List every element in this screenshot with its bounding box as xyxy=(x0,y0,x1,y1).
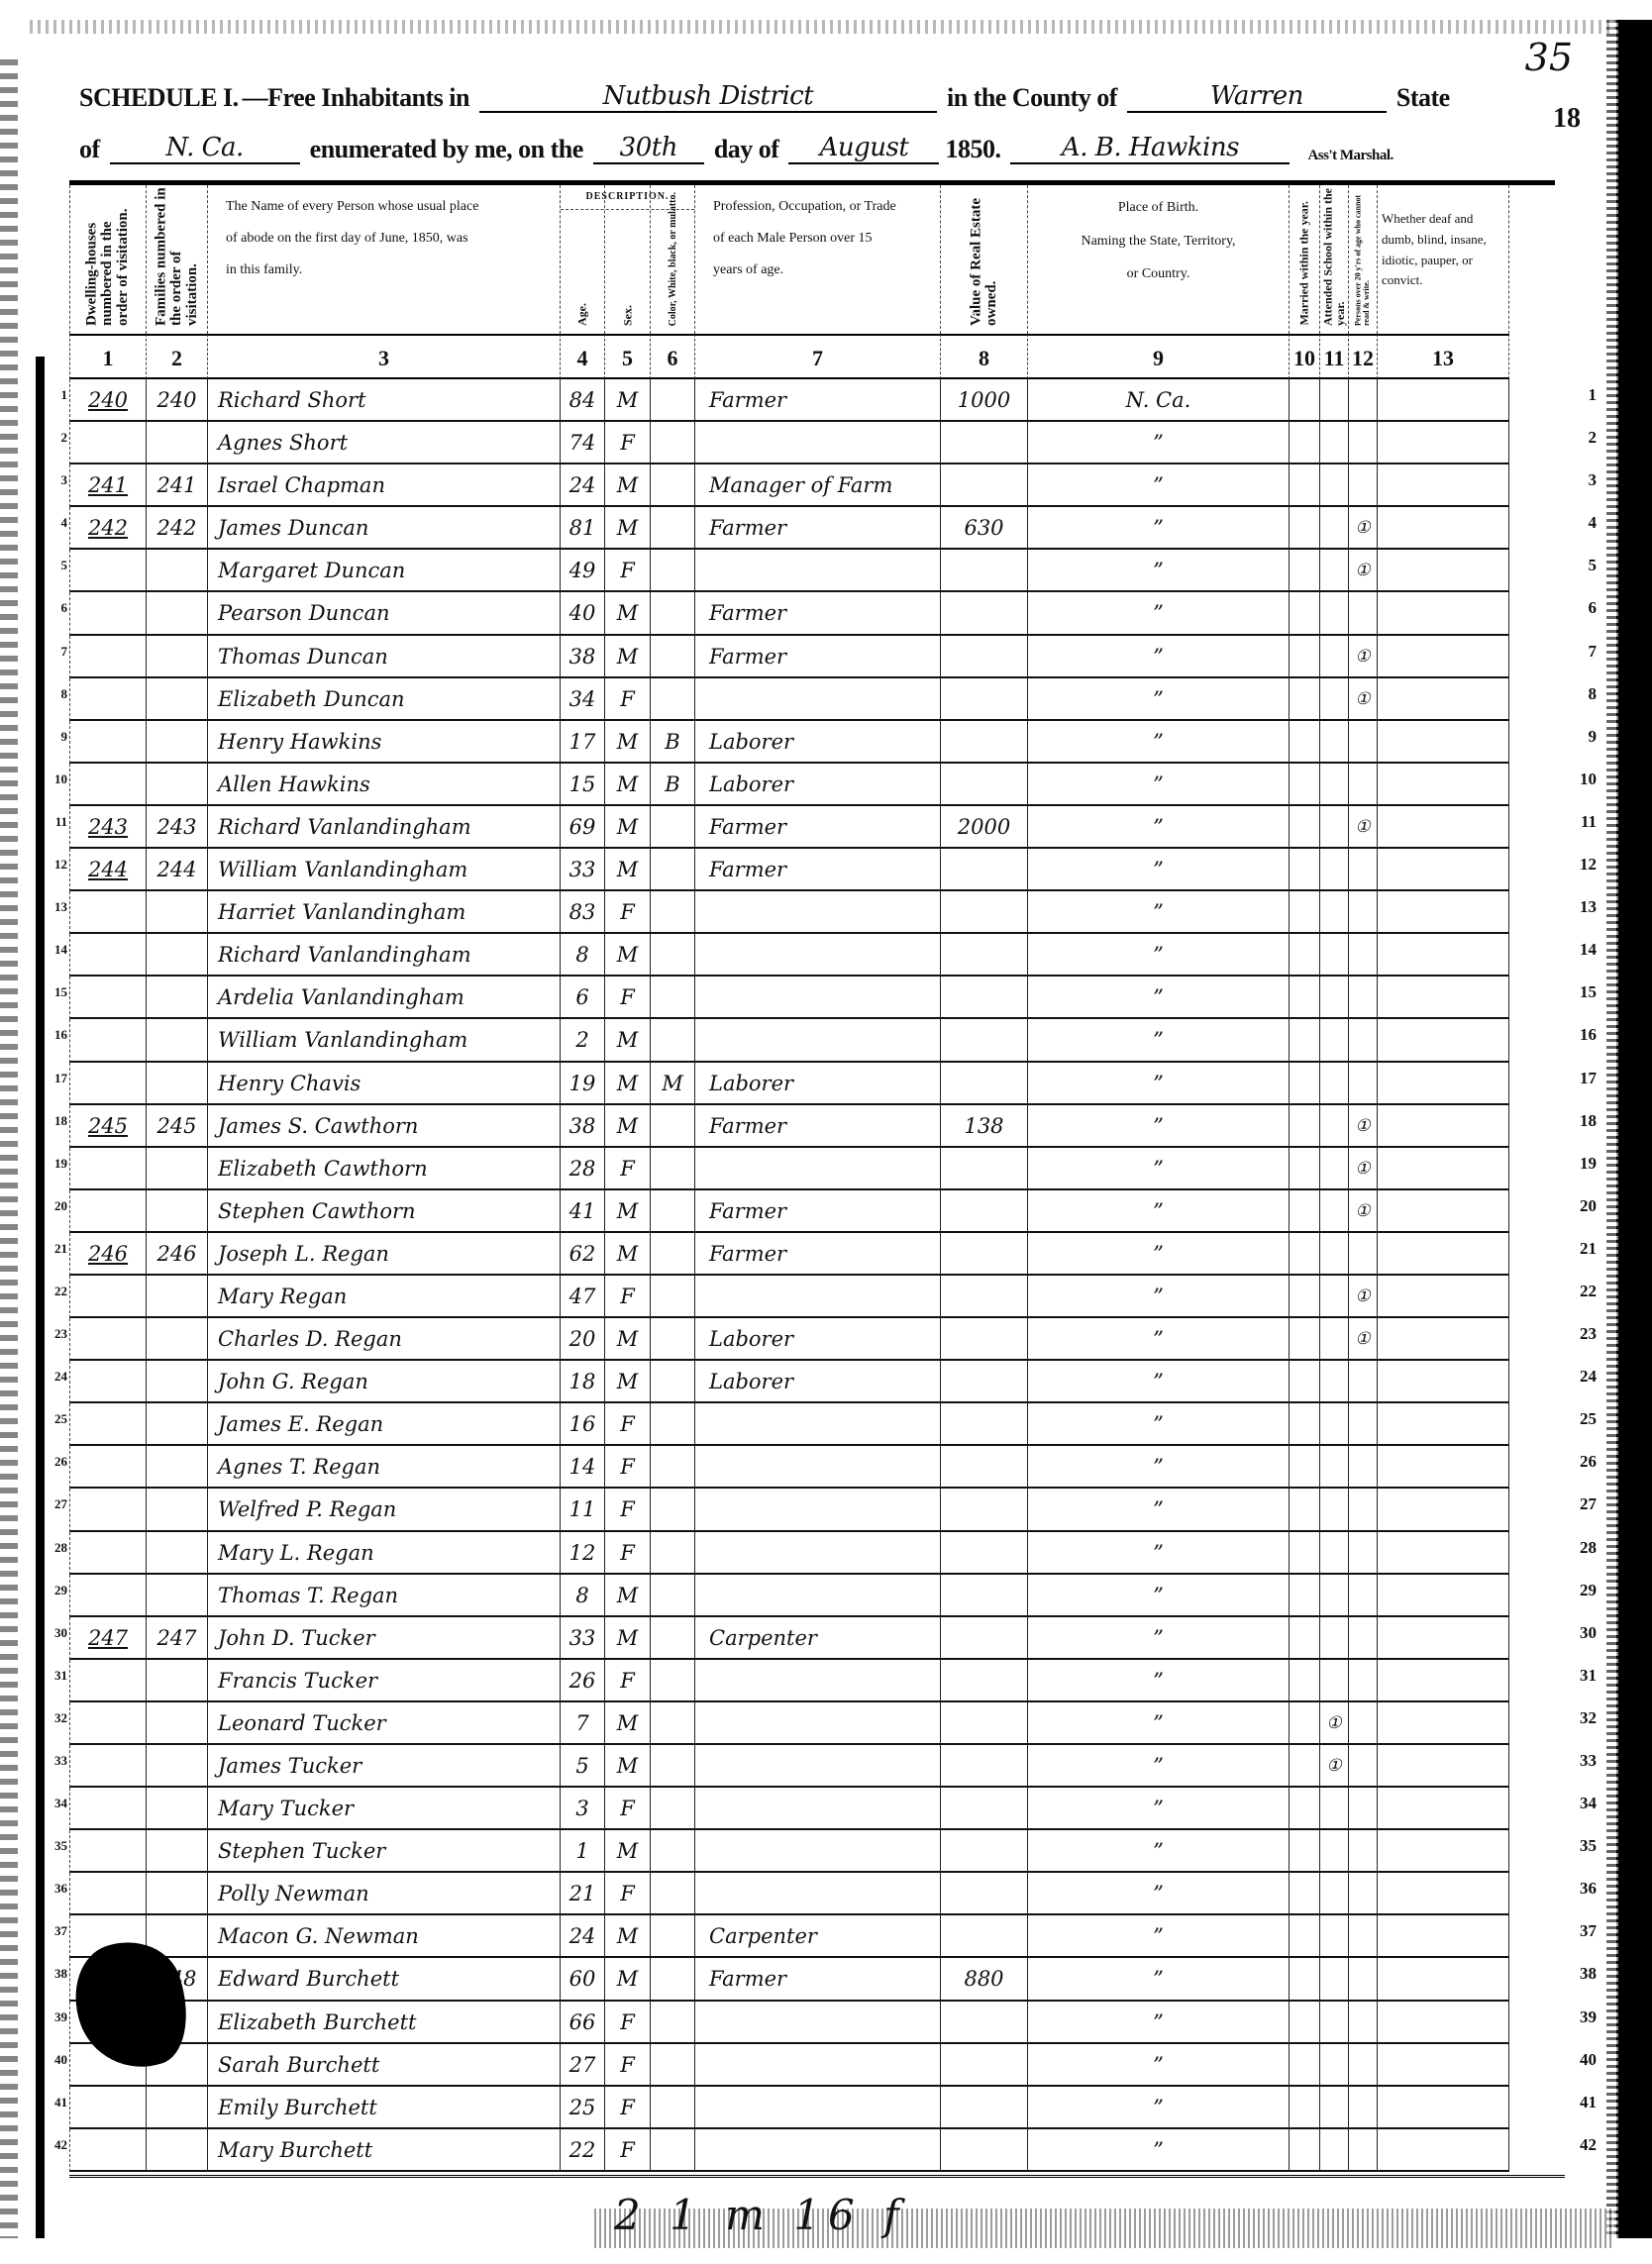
sex-cell: F xyxy=(605,1660,651,1702)
family-cell xyxy=(147,1190,208,1233)
table-row: 246246Joseph L. Regan62MFarmer” xyxy=(69,1233,1555,1276)
birthplace-cell: ” xyxy=(1028,422,1290,464)
illiterate-cell xyxy=(1349,422,1378,464)
sex-cell: F xyxy=(605,2129,651,2172)
line-number: 15 xyxy=(1563,971,1597,1013)
married-cell xyxy=(1290,1489,1320,1531)
real-estate-cell xyxy=(941,2129,1028,2172)
sex-cell: F xyxy=(605,1873,651,1915)
dwelling-cell xyxy=(69,1575,147,1617)
birthplace-cell: ” xyxy=(1028,1575,1290,1617)
family-cell xyxy=(147,1361,208,1403)
line-number: 11 xyxy=(48,800,67,843)
occupation-cell xyxy=(695,1148,941,1190)
birthplace-cell: ” xyxy=(1028,806,1290,849)
dwelling-cell xyxy=(69,891,147,934)
table-row: Emily Burchett25F” xyxy=(69,2087,1555,2129)
age-cell: 24 xyxy=(561,464,605,507)
illiterate-cell xyxy=(1349,1915,1378,1958)
family-cell xyxy=(147,636,208,678)
col-header-school-text: Attended School within the year. xyxy=(1321,187,1346,326)
real-estate-cell xyxy=(941,1276,1028,1318)
family-cell: 242 xyxy=(147,507,208,550)
family-cell: 247 xyxy=(147,1617,208,1660)
table-row: 243243Richard Vanlandingham69MFarmer2000… xyxy=(69,806,1555,849)
school-cell xyxy=(1320,1233,1349,1276)
family-cell xyxy=(147,1873,208,1915)
birthplace-cell: ” xyxy=(1028,721,1290,764)
state-field: N. Ca. xyxy=(110,133,300,164)
age-cell: 21 xyxy=(561,1873,605,1915)
color-cell xyxy=(651,806,695,849)
color-cell xyxy=(651,1702,695,1745)
line-number: 36 xyxy=(48,1867,67,1909)
occupation-cell xyxy=(695,1489,941,1531)
birthplace-cell: ” xyxy=(1028,1105,1290,1148)
real-estate-cell: 630 xyxy=(941,507,1028,550)
married-cell xyxy=(1290,806,1320,849)
real-estate-cell xyxy=(941,1575,1028,1617)
age-cell: 47 xyxy=(561,1276,605,1318)
condition-cell xyxy=(1378,1361,1509,1403)
binding-stripe xyxy=(36,357,45,2238)
name-cell: Emily Burchett xyxy=(208,2087,561,2129)
occupation-cell: Farmer xyxy=(695,1190,941,1233)
sex-cell: F xyxy=(605,678,651,721)
line-number: 24 xyxy=(48,1355,67,1397)
sex-cell: M xyxy=(605,764,651,806)
column-number: 11 xyxy=(1320,334,1349,379)
school-cell: ① xyxy=(1320,1745,1349,1788)
line-number: 42 xyxy=(1563,2123,1597,2166)
sex-cell: M xyxy=(605,849,651,891)
dwelling-cell xyxy=(69,2129,147,2172)
dwelling-cell xyxy=(69,1532,147,1575)
dwelling-cell xyxy=(69,1446,147,1489)
name-cell: Thomas T. Regan xyxy=(208,1575,561,1617)
real-estate-cell xyxy=(941,1788,1028,1830)
column-number: 4 xyxy=(561,334,605,379)
schedule-header: SCHEDULE I. —Free Inhabitants in Nutbush… xyxy=(79,61,1565,164)
line-number: 31 xyxy=(48,1654,67,1697)
married-cell xyxy=(1290,1063,1320,1105)
married-cell xyxy=(1290,1105,1320,1148)
birthplace-cell: ” xyxy=(1028,1958,1290,2001)
dwelling-cell: 241 xyxy=(69,464,147,507)
name-cell: Charles D. Regan xyxy=(208,1318,561,1361)
birthplace-cell: ” xyxy=(1028,1830,1290,1873)
illiterate-cell xyxy=(1349,2129,1378,2172)
birthplace-cell: ” xyxy=(1028,1617,1290,1660)
table-row: Sarah Burchett27F” xyxy=(69,2044,1555,2087)
sex-cell: F xyxy=(605,891,651,934)
table-row: Macon G. Newman24MCarpenter” xyxy=(69,1915,1555,1958)
schedule-label: SCHEDULE I. xyxy=(79,83,239,113)
name-cell: Leonard Tucker xyxy=(208,1702,561,1745)
column-number: 6 xyxy=(651,334,695,379)
age-cell: 12 xyxy=(561,1532,605,1575)
column-header-row: Dwelling-houses numbered in the order of… xyxy=(69,185,1555,334)
condition-cell xyxy=(1378,422,1509,464)
name-cell: Stephen Cawthorn xyxy=(208,1190,561,1233)
birthplace-cell: ” xyxy=(1028,1233,1290,1276)
condition-cell xyxy=(1378,1788,1509,1830)
sex-cell: M xyxy=(605,1105,651,1148)
sex-cell: M xyxy=(605,464,651,507)
line-number: 10 xyxy=(1563,758,1597,800)
age-cell: 3 xyxy=(561,1788,605,1830)
line-number: 40 xyxy=(1563,2038,1597,2081)
line-number: 38 xyxy=(48,1952,67,1995)
name-cell: Richard Vanlandingham xyxy=(208,806,561,849)
occupation-cell: Farmer xyxy=(695,379,941,422)
married-cell xyxy=(1290,1958,1320,2001)
school-cell xyxy=(1320,1276,1349,1318)
color-cell xyxy=(651,1617,695,1660)
table-row: Mary Tucker3F” xyxy=(69,1788,1555,1830)
occupation-cell: Farmer xyxy=(695,806,941,849)
sex-cell: F xyxy=(605,1532,651,1575)
line-number: 1 xyxy=(48,373,67,416)
line-number: 15 xyxy=(48,971,67,1013)
name-cell: Joseph L. Regan xyxy=(208,1233,561,1276)
line-number: 34 xyxy=(48,1782,67,1824)
dwelling-cell: 243 xyxy=(69,806,147,849)
married-cell xyxy=(1290,1915,1320,1958)
table-row: Welfred P. Regan11F” xyxy=(69,1489,1555,1531)
name-cell: Elizabeth Cawthorn xyxy=(208,1148,561,1190)
col-header-age: Age. xyxy=(561,185,605,334)
birthplace-cell: ” xyxy=(1028,507,1290,550)
line-number: 33 xyxy=(1563,1739,1597,1782)
dwelling-cell: 247 xyxy=(69,1617,147,1660)
age-cell: 28 xyxy=(561,1148,605,1190)
occupation-cell: Laborer xyxy=(695,1063,941,1105)
line-number: 3 xyxy=(48,459,67,501)
name-cell: James Tucker xyxy=(208,1745,561,1788)
county-field: Warren xyxy=(1127,81,1387,113)
line-number: 16 xyxy=(48,1013,67,1056)
family-cell xyxy=(147,1489,208,1531)
line-number: 7 xyxy=(1563,630,1597,672)
birthplace-cell: ” xyxy=(1028,2002,1290,2044)
real-estate-cell xyxy=(941,934,1028,977)
color-cell xyxy=(651,550,695,592)
color-cell xyxy=(651,1873,695,1915)
col3-line: of abode on the first day of June, 1850,… xyxy=(226,223,556,255)
real-estate-cell: 2000 xyxy=(941,806,1028,849)
real-estate-cell xyxy=(941,849,1028,891)
col-header-occupation: Profession, Occupation, or Trade of each… xyxy=(695,185,941,334)
day-of-label: day of xyxy=(714,135,779,164)
illiterate-cell xyxy=(1349,1617,1378,1660)
birthplace-cell: ” xyxy=(1028,1915,1290,1958)
condition-cell xyxy=(1378,592,1509,635)
line-number: 22 xyxy=(48,1270,67,1312)
illiterate-cell xyxy=(1349,379,1378,422)
illiterate-cell xyxy=(1349,849,1378,891)
real-estate-cell xyxy=(941,1446,1028,1489)
census-rows: 240240Richard Short84MFarmer1000N. Ca.Ag… xyxy=(69,379,1555,2172)
family-cell xyxy=(147,721,208,764)
name-cell: Edward Burchett xyxy=(208,1958,561,2001)
school-cell xyxy=(1320,1190,1349,1233)
line-number: 22 xyxy=(1563,1270,1597,1312)
sex-cell: M xyxy=(605,1019,651,1062)
color-cell xyxy=(651,2002,695,2044)
table-row: 248Edward Burchett60MFarmer880” xyxy=(69,1958,1555,2001)
real-estate-cell xyxy=(941,2002,1028,2044)
line-number: 12 xyxy=(1563,843,1597,885)
illiterate-cell: ① xyxy=(1349,1276,1378,1318)
age-cell: 7 xyxy=(561,1702,605,1745)
name-cell: James E. Regan xyxy=(208,1403,561,1446)
line-number: 13 xyxy=(48,885,67,928)
married-cell xyxy=(1290,1446,1320,1489)
condition-cell xyxy=(1378,1318,1509,1361)
dwelling-cell xyxy=(69,1788,147,1830)
married-cell xyxy=(1290,1276,1320,1318)
illiterate-cell xyxy=(1349,1830,1378,1873)
illiterate-cell xyxy=(1349,1489,1378,1531)
of-label: of xyxy=(79,135,100,164)
table-row: Thomas T. Regan8M” xyxy=(69,1575,1555,1617)
color-cell xyxy=(651,1019,695,1062)
dwelling-cell xyxy=(69,1830,147,1873)
school-cell xyxy=(1320,1958,1349,2001)
dwelling-cell: 242 xyxy=(69,507,147,550)
table-row: Pearson Duncan40MFarmer” xyxy=(69,592,1555,635)
name-cell: Agnes T. Regan xyxy=(208,1446,561,1489)
sex-cell: M xyxy=(605,1063,651,1105)
condition-cell xyxy=(1378,764,1509,806)
col13-line: convict. xyxy=(1382,270,1504,291)
column-number-row: 12345678910111213 xyxy=(69,334,1555,379)
school-cell xyxy=(1320,1446,1349,1489)
school-cell xyxy=(1320,764,1349,806)
table-row: Stephen Cawthorn41MFarmer”① xyxy=(69,1190,1555,1233)
line-number: 14 xyxy=(48,928,67,971)
dwelling-cell xyxy=(69,977,147,1019)
line-number: 35 xyxy=(1563,1824,1597,1867)
color-cell: B xyxy=(651,721,695,764)
color-cell xyxy=(651,891,695,934)
age-cell: 8 xyxy=(561,934,605,977)
line-number: 5 xyxy=(1563,544,1597,586)
real-estate-cell xyxy=(941,678,1028,721)
color-cell xyxy=(651,1830,695,1873)
illiterate-cell xyxy=(1349,1745,1378,1788)
condition-cell xyxy=(1378,550,1509,592)
married-cell xyxy=(1290,1019,1320,1062)
col-header-condition-text: Whether deaf and dumb, blind, insane, id… xyxy=(1382,191,1504,291)
school-cell xyxy=(1320,721,1349,764)
line-number: 4 xyxy=(48,501,67,544)
col-header-sex: Sex. xyxy=(605,185,651,334)
sex-cell: F xyxy=(605,2044,651,2087)
school-cell xyxy=(1320,1617,1349,1660)
line-number: 8 xyxy=(1563,672,1597,715)
school-cell xyxy=(1320,2087,1349,2129)
school-cell xyxy=(1320,1830,1349,1873)
color-cell xyxy=(651,1958,695,2001)
condition-cell xyxy=(1378,1148,1509,1190)
column-number: 9 xyxy=(1028,334,1290,379)
illiterate-cell xyxy=(1349,1233,1378,1276)
age-cell: 41 xyxy=(561,1190,605,1233)
dwelling-cell xyxy=(69,1489,147,1531)
married-cell xyxy=(1290,1873,1320,1915)
color-cell xyxy=(651,1361,695,1403)
line-number: 30 xyxy=(48,1611,67,1654)
color-cell xyxy=(651,1660,695,1702)
birthplace-cell: ” xyxy=(1028,1276,1290,1318)
col-header-occupation-text: Profession, Occupation, or Trade of each… xyxy=(699,191,936,287)
birthplace-cell: ” xyxy=(1028,1873,1290,1915)
age-cell: 6 xyxy=(561,977,605,1019)
family-cell xyxy=(147,1148,208,1190)
illiterate-cell: ① xyxy=(1349,507,1378,550)
condition-cell xyxy=(1378,1446,1509,1489)
school-cell xyxy=(1320,636,1349,678)
condition-cell xyxy=(1378,806,1509,849)
column-number: 3 xyxy=(208,334,561,379)
married-cell xyxy=(1290,2044,1320,2087)
school-cell xyxy=(1320,592,1349,635)
table-row: Richard Vanlandingham8M” xyxy=(69,934,1555,977)
line-number: 4 xyxy=(1563,501,1597,544)
birthplace-cell: ” xyxy=(1028,1190,1290,1233)
color-cell xyxy=(651,379,695,422)
occupation-cell: Farmer xyxy=(695,1105,941,1148)
table-row: Charles D. Regan20MLaborer”① xyxy=(69,1318,1555,1361)
illiterate-cell xyxy=(1349,891,1378,934)
name-cell: Israel Chapman xyxy=(208,464,561,507)
age-cell: 66 xyxy=(561,2002,605,2044)
line-number: 28 xyxy=(1563,1526,1597,1569)
occupation-cell: Manager of Farm xyxy=(695,464,941,507)
married-cell xyxy=(1290,550,1320,592)
table-row: Margaret Duncan49F”① xyxy=(69,550,1555,592)
table-row: Agnes T. Regan14F” xyxy=(69,1446,1555,1489)
age-cell: 25 xyxy=(561,2087,605,2129)
sex-cell: F xyxy=(605,2087,651,2129)
condition-cell xyxy=(1378,1489,1509,1531)
birthplace-cell: ” xyxy=(1028,1063,1290,1105)
illiterate-cell xyxy=(1349,1873,1378,1915)
occupation-cell xyxy=(695,934,941,977)
real-estate-cell xyxy=(941,1063,1028,1105)
birthplace-cell: N. Ca. xyxy=(1028,379,1290,422)
illiterate-cell xyxy=(1349,1958,1378,2001)
age-cell: 34 xyxy=(561,678,605,721)
school-cell xyxy=(1320,849,1349,891)
line-number: 19 xyxy=(48,1142,67,1184)
illiterate-cell xyxy=(1349,464,1378,507)
color-cell xyxy=(651,1105,695,1148)
family-cell xyxy=(147,2087,208,2129)
married-cell xyxy=(1290,1403,1320,1446)
family-cell xyxy=(147,1446,208,1489)
real-estate-cell xyxy=(941,1532,1028,1575)
occupation-cell: Farmer xyxy=(695,507,941,550)
age-cell: 33 xyxy=(561,849,605,891)
col-header-married-text: Married within the year. xyxy=(1298,201,1311,326)
condition-cell xyxy=(1378,507,1509,550)
family-cell xyxy=(147,977,208,1019)
name-cell: Thomas Duncan xyxy=(208,636,561,678)
col9-line: Naming the State, Territory, xyxy=(1032,225,1285,258)
line-number: 21 xyxy=(48,1227,67,1270)
family-cell xyxy=(147,592,208,635)
name-cell: Polly Newman xyxy=(208,1873,561,1915)
dwelling-cell xyxy=(69,764,147,806)
married-cell xyxy=(1290,678,1320,721)
color-cell xyxy=(651,1489,695,1531)
line-numbers-right: 1234567891011121314151617181920212223242… xyxy=(1563,373,1597,2166)
line-number: 35 xyxy=(48,1824,67,1867)
sex-cell: F xyxy=(605,1446,651,1489)
name-cell: Elizabeth Duncan xyxy=(208,678,561,721)
condition-cell xyxy=(1378,1063,1509,1105)
occupation-cell xyxy=(695,1019,941,1062)
table-row: Elizabeth Duncan34F”① xyxy=(69,678,1555,721)
line-number: 10 xyxy=(48,758,67,800)
col-header-name: The Name of every Person whose usual pla… xyxy=(208,185,561,334)
table-row: Agnes Short74F” xyxy=(69,422,1555,464)
line-number: 20 xyxy=(48,1184,67,1227)
line-number: 40 xyxy=(48,2038,67,2081)
married-cell xyxy=(1290,1148,1320,1190)
name-cell: Ardelia Vanlandingham xyxy=(208,977,561,1019)
condition-cell xyxy=(1378,1019,1509,1062)
line-number: 24 xyxy=(1563,1355,1597,1397)
condition-cell xyxy=(1378,1190,1509,1233)
line-number: 6 xyxy=(1563,586,1597,629)
name-cell: Harriet Vanlandingham xyxy=(208,891,561,934)
line-number: 39 xyxy=(48,1996,67,2038)
real-estate-cell xyxy=(941,1702,1028,1745)
real-estate-cell xyxy=(941,1489,1028,1531)
dwelling-cell xyxy=(69,422,147,464)
color-cell xyxy=(651,1318,695,1361)
footer-tally: 2 1 m 16 f xyxy=(614,2191,907,2239)
condition-cell xyxy=(1378,1233,1509,1276)
real-estate-cell xyxy=(941,422,1028,464)
married-cell xyxy=(1290,721,1320,764)
line-number: 33 xyxy=(48,1739,67,1782)
married-cell xyxy=(1290,977,1320,1019)
condition-cell xyxy=(1378,721,1509,764)
col7-line: years of age. xyxy=(713,255,936,286)
real-estate-cell xyxy=(941,1873,1028,1915)
school-cell xyxy=(1320,507,1349,550)
dwelling-cell xyxy=(69,934,147,977)
family-cell: 244 xyxy=(147,849,208,891)
illiterate-cell xyxy=(1349,1019,1378,1062)
line-number: 26 xyxy=(48,1440,67,1483)
color-cell xyxy=(651,2044,695,2087)
married-cell xyxy=(1290,2087,1320,2129)
dwelling-cell xyxy=(69,1403,147,1446)
name-cell: Henry Hawkins xyxy=(208,721,561,764)
color-cell xyxy=(651,1276,695,1318)
color-cell xyxy=(651,934,695,977)
line-number: 28 xyxy=(48,1526,67,1569)
name-cell: Francis Tucker xyxy=(208,1660,561,1702)
condition-cell xyxy=(1378,1532,1509,1575)
birthplace-cell: ” xyxy=(1028,1788,1290,1830)
